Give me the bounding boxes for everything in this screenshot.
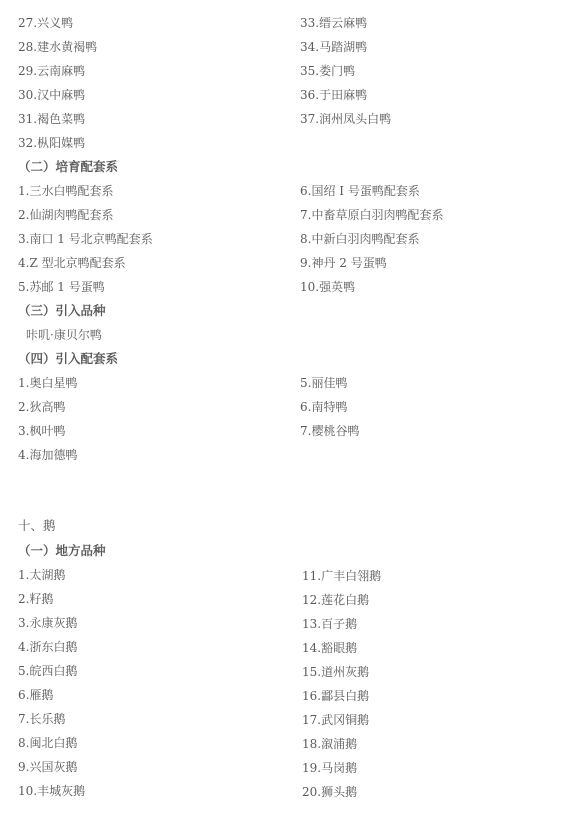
- list-item: 8.中新白羽肉鸭配套系: [300, 231, 419, 247]
- list-item: 4.海加德鸭: [18, 447, 77, 463]
- list-item: 10.丰城灰鹅: [18, 783, 85, 799]
- list-item: 6.国绍 I 号蛋鸭配套系: [300, 183, 420, 199]
- list-item: 7.中畜草原白羽肉鸭配套系: [300, 207, 443, 223]
- list-item: 6.南特鸭: [300, 399, 347, 415]
- subsection-heading: （一）地方品种: [18, 543, 106, 559]
- subsection-heading: （四）引入配套系: [18, 351, 118, 367]
- list-item: 31.褐色菜鸭: [18, 111, 85, 127]
- subsection-heading: （二）培育配套系: [18, 159, 118, 175]
- list-item: 10.强英鸭: [300, 279, 355, 295]
- list-item: 30.汉中麻鸭: [18, 87, 85, 103]
- list-item: 2.籽鹅: [18, 591, 53, 607]
- list-item: 35.娄门鸭: [300, 63, 355, 79]
- list-item: 1.三水白鸭配套系: [18, 183, 113, 199]
- list-item: 9.神丹 2 号蛋鸭: [300, 255, 387, 271]
- list-item: 4.浙东白鹅: [18, 639, 77, 655]
- list-item: 27.兴义鸭: [18, 15, 73, 31]
- list-item: 19.马岗鹅: [302, 760, 357, 776]
- list-item: 咔叽·康贝尔鸭: [26, 327, 102, 343]
- list-item: 3.枫叶鸭: [18, 423, 65, 439]
- list-item: 7.樱桃谷鸭: [300, 423, 359, 439]
- list-item: 33.缙云麻鸭: [300, 15, 367, 31]
- list-item: 37.润州凤头白鸭: [300, 111, 391, 127]
- list-item: 8.闽北白鹅: [18, 735, 77, 751]
- list-item: 16.酃县白鹅: [302, 688, 369, 704]
- list-item: 12.莲花白鹅: [302, 592, 369, 608]
- list-item: 32.枞阳媒鸭: [18, 135, 85, 151]
- list-item: 3.永康灰鹅: [18, 615, 77, 631]
- list-item: 15.道州灰鹅: [302, 664, 369, 680]
- list-item: 20.狮头鹅: [302, 784, 357, 800]
- list-item: 11.广丰白翎鹅: [302, 568, 381, 584]
- subsection-heading: （三）引入品种: [18, 303, 106, 319]
- list-item: 18.溆浦鹅: [302, 736, 357, 752]
- list-item: 6.雁鹅: [18, 687, 53, 703]
- list-item: 3.南口 1 号北京鸭配套系: [18, 231, 153, 247]
- list-item: 2.狄高鸭: [18, 399, 65, 415]
- list-item: 1.奥白星鸭: [18, 375, 77, 391]
- list-item: 5.苏邮 1 号蛋鸭: [18, 279, 105, 295]
- list-item: 9.兴国灰鹅: [18, 759, 77, 775]
- list-item: 5.皖西白鹅: [18, 663, 77, 679]
- list-item: 29.云南麻鸭: [18, 63, 85, 79]
- list-item: 7.长乐鹅: [18, 711, 65, 727]
- list-item: 17.武冈铜鹅: [302, 712, 369, 728]
- section-title: 十、鹅: [18, 518, 56, 534]
- list-item: 36.于田麻鸭: [300, 87, 367, 103]
- list-item: 5.丽佳鸭: [300, 375, 347, 391]
- list-item: 13.百子鹅: [302, 616, 357, 632]
- list-item: 14.豁眼鹅: [302, 640, 357, 656]
- list-item: 2.仙湖肉鸭配套系: [18, 207, 113, 223]
- list-item: 28.建水黄褐鸭: [18, 39, 97, 55]
- list-item: 34.马踏湖鸭: [300, 39, 367, 55]
- list-item: 1.太湖鹅: [18, 567, 65, 583]
- list-item: 4.Z 型北京鸭配套系: [18, 255, 126, 271]
